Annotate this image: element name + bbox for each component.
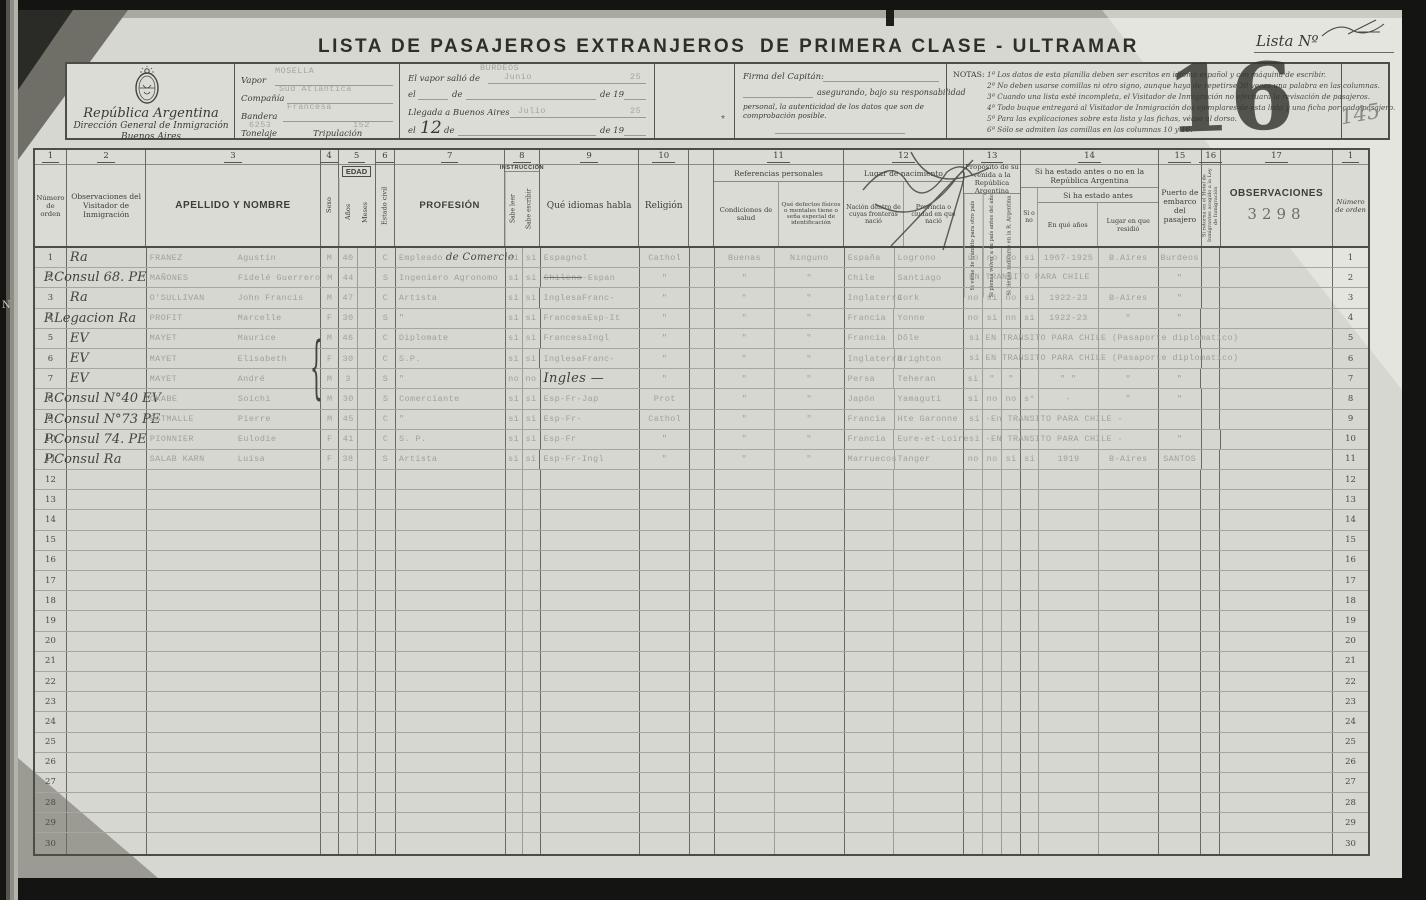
- cell-nacion: [845, 632, 895, 651]
- cell-anos: 30: [339, 309, 358, 328]
- cell-puerto: [1159, 833, 1202, 853]
- cell-anos: 44: [339, 268, 358, 287]
- cell-nacion: [845, 551, 895, 570]
- cell-religion: ": [640, 349, 690, 368]
- captain-oath-line2: asegurando, bajo su responsabilidad: [817, 88, 966, 97]
- cell-idiomas: Esp-Fr: [541, 430, 641, 449]
- cell-name: [147, 833, 321, 853]
- cell-name: [147, 591, 321, 610]
- cell-sexo: M: [321, 389, 339, 408]
- cell-religion: Cathol: [640, 248, 690, 267]
- cell-religion: [640, 753, 690, 772]
- cell-sp: [690, 632, 715, 651]
- cell-estado: [376, 733, 396, 752]
- el-label: el: [408, 90, 416, 100]
- cell-obs: [67, 773, 147, 792]
- cell-idiomas: [541, 813, 641, 832]
- cell-obs17: [1220, 490, 1333, 509]
- scanned-photo: N LISTA DE PASAJEROS EXTRANJEROS DE PRIM…: [0, 0, 1426, 900]
- cell-leer: [506, 591, 523, 610]
- cell-p1: [964, 793, 983, 812]
- cell-sino: [1021, 652, 1039, 671]
- cell-sp: [690, 430, 715, 449]
- cell-sp: [690, 753, 715, 772]
- cell-anos: [339, 773, 358, 792]
- cell-meses: [358, 793, 376, 812]
- cell-anos: [339, 712, 358, 731]
- cell-sino: [1021, 369, 1039, 388]
- cell-n: 21: [35, 652, 67, 671]
- subcol-si-o-no: Si o no: [1021, 188, 1038, 246]
- cell-prof: [396, 793, 506, 812]
- cell-sexo: F: [321, 349, 339, 368]
- cell-sino: [1021, 531, 1039, 550]
- cell-c16: [1201, 753, 1220, 772]
- cell-c16: [1201, 672, 1220, 691]
- cell-c16: [1201, 309, 1220, 328]
- cell-salud: [715, 813, 775, 832]
- cell-religion: ": [640, 450, 690, 469]
- cell-religion: [640, 531, 690, 550]
- cell-anos: [339, 571, 358, 590]
- cell-enanos: [1039, 490, 1099, 509]
- col-spacer: [689, 150, 714, 246]
- cell-n: 18: [35, 591, 67, 610]
- cell-estado: [376, 551, 396, 570]
- cell-provincia: [894, 571, 964, 590]
- cell-anos: [339, 733, 358, 752]
- subcol-defectos: Qué defectos físicos o mentales tiene o …: [779, 182, 843, 246]
- cell-name: [147, 510, 321, 529]
- cell-n2: 28: [1333, 793, 1368, 812]
- cell-estado: [376, 652, 396, 671]
- cell-name: [147, 490, 321, 509]
- cell-sp: [690, 813, 715, 832]
- cell-religion: [640, 490, 690, 509]
- cell-defectos: [775, 571, 845, 590]
- cell-sino: si: [1021, 248, 1039, 267]
- cell-salud: ": [715, 288, 775, 307]
- cell-n2: 21: [1333, 652, 1368, 671]
- cell-estado: [376, 692, 396, 711]
- cell-sexo: [321, 611, 339, 630]
- transit-note: EN TRANSITO PARA CHILE: [969, 272, 1090, 282]
- col-observaciones-visitador: 2 Observaciones del Visitador de Inmigra…: [67, 150, 147, 246]
- cell-leer: [506, 793, 523, 812]
- cell-p3: [1002, 753, 1021, 772]
- cell-leer: si: [506, 329, 523, 348]
- cell-sino: [1021, 793, 1039, 812]
- cell-sp: [690, 652, 715, 671]
- cell-p2: [983, 470, 1002, 489]
- cell-lugar: [1099, 611, 1159, 630]
- cell-obs: P.Consul 74. PE: [67, 430, 147, 449]
- cell-n: 3: [35, 288, 67, 307]
- cell-salud: [715, 611, 775, 630]
- cell-prof: S. P.: [396, 430, 506, 449]
- cell-estado: C: [376, 329, 396, 348]
- cell-provincia: [894, 672, 964, 691]
- ship-company-value: Sud Atlantica: [279, 84, 352, 94]
- cell-meses: [358, 712, 376, 731]
- cell-puerto: ": [1159, 369, 1202, 388]
- cell-defectos: ": [775, 369, 845, 388]
- cell-sp: [690, 329, 715, 348]
- cell-defectos: [775, 531, 845, 550]
- cell-enanos: [1039, 611, 1099, 630]
- cell-enanos: [1039, 813, 1099, 832]
- cell-leer: si: [506, 450, 523, 469]
- cell-prof: Artista: [396, 450, 506, 469]
- cell-prof: [396, 490, 506, 509]
- cell-c16: [1201, 490, 1220, 509]
- cell-n: 15: [35, 531, 67, 550]
- cell-puerto: [1159, 510, 1202, 529]
- cell-c16: [1202, 389, 1221, 408]
- table-row: 2424: [35, 712, 1368, 732]
- cell-obs: P.Consul N°40 EV: [67, 389, 147, 408]
- col-numero: 1 Número de orden: [35, 150, 67, 246]
- cell-meses: [358, 288, 376, 307]
- cell-leer: no: [506, 369, 523, 388]
- cell-obs: [67, 510, 147, 529]
- cell-sp: [690, 531, 715, 550]
- cell-prof: [396, 652, 506, 671]
- blank-box: *: [655, 64, 735, 138]
- cell-obs: [67, 833, 147, 853]
- arrival-day-hand: 12: [420, 118, 442, 138]
- cell-p1: si: [964, 369, 983, 388]
- cell-religion: ": [640, 369, 690, 388]
- table-row: 2727: [35, 773, 1368, 793]
- cell-puerto: Burdeos: [1159, 248, 1202, 267]
- cell-meses: [358, 309, 376, 328]
- cell-escribir: [523, 531, 541, 550]
- cell-escribir: no: [523, 369, 541, 388]
- cell-escribir: [523, 793, 541, 812]
- cell-idiomas: [541, 531, 641, 550]
- cell-provincia: [894, 773, 964, 792]
- cell-p3: [1002, 652, 1021, 671]
- ship-box: MOSELLA Vapor Sud Atlantica Compañía Fra…: [235, 64, 400, 138]
- cell-p2: no: [983, 389, 1002, 408]
- cell-p2: si: [983, 309, 1002, 328]
- cell-sino: [1021, 692, 1039, 711]
- cell-c16: [1201, 510, 1220, 529]
- cell-c16: [1201, 712, 1220, 731]
- document-page: LISTA DE PASAJEROS EXTRANJEROS DE PRIMER…: [18, 10, 1402, 878]
- cell-name: MAYETElisabeth: [147, 349, 321, 368]
- cell-leer: [506, 531, 523, 550]
- cell-n: 19: [35, 611, 67, 630]
- col-puerto-embarco: 15 Puerto de embarco del pasajero: [1159, 150, 1202, 246]
- cell-p2: [983, 733, 1002, 752]
- cell-puerto: ": [1159, 309, 1202, 328]
- cell-leer: [506, 833, 523, 853]
- cell-lugar: [1099, 712, 1159, 731]
- cell-provincia: [894, 531, 964, 550]
- cell-escribir: [523, 611, 541, 630]
- cell-enanos: 1922-23: [1039, 309, 1099, 328]
- cell-puerto: ": [1159, 268, 1202, 287]
- cell-prof: Empleadode Comercio: [396, 248, 506, 267]
- cell-sino: si: [1021, 309, 1039, 328]
- cell-name: [147, 813, 321, 832]
- cell-defectos: [775, 833, 845, 853]
- cell-idiomas: FrancesaIngl: [541, 329, 641, 348]
- cell-puerto: ": [1159, 288, 1202, 307]
- cell-p2: [983, 793, 1002, 812]
- cell-estado: [376, 672, 396, 691]
- table-body: 1RaFRANEZAgustinM40CEmpleadode Comercios…: [33, 248, 1370, 856]
- cell-n2: 19: [1333, 611, 1368, 630]
- cell-idiomas: [541, 773, 641, 792]
- cell-sexo: [321, 531, 339, 550]
- cell-p2: [983, 672, 1002, 691]
- cell-p2: [983, 833, 1002, 853]
- cell-n: 7: [35, 369, 67, 388]
- cell-idiomas: [541, 753, 641, 772]
- table-row: 9P.Consul N°73 PEBATMALLEPierreM45C"sisi…: [35, 410, 1368, 430]
- table-row: 6EVMAYETElisabethF30CS.P.sisiInglesaFran…: [35, 349, 1368, 369]
- cell-n2: 9: [1333, 410, 1368, 429]
- cell-idiomas: [541, 611, 641, 630]
- cell-name: [147, 793, 321, 812]
- cell-defectos: [775, 733, 845, 752]
- cell-n2: 11: [1333, 450, 1368, 469]
- cell-p1: [964, 652, 983, 671]
- cell-sexo: F: [321, 450, 339, 469]
- cell-c16: [1201, 793, 1220, 812]
- cell-sexo: F: [321, 430, 339, 449]
- cell-religion: [640, 793, 690, 812]
- cell-obs17: [1220, 692, 1333, 711]
- cell-defectos: [775, 510, 845, 529]
- cell-leer: [506, 632, 523, 651]
- ship-company-label: Compañía: [241, 94, 284, 104]
- arrival-label: Llegada a Buenos Aires: [408, 108, 510, 118]
- cell-escribir: [523, 591, 541, 610]
- cell-sexo: M: [321, 288, 339, 307]
- table-row: 3RaO'SULLIVANJohn FrancisM47CArtistasisi…: [35, 288, 1368, 308]
- table-row: 1RaFRANEZAgustinM40CEmpleadode Comercios…: [35, 248, 1368, 268]
- cell-salud: [715, 510, 775, 529]
- cell-sexo: [321, 773, 339, 792]
- cell-name: [147, 470, 321, 489]
- cell-anos: [339, 652, 358, 671]
- cell-leer: si: [506, 309, 523, 328]
- cell-obs17: [1220, 632, 1333, 651]
- cell-name: [147, 692, 321, 711]
- cell-sino: [1021, 571, 1039, 590]
- cell-religion: [640, 652, 690, 671]
- cell-defectos: [775, 753, 845, 772]
- cell-sino: [1021, 813, 1039, 832]
- cell-n2: 7: [1333, 369, 1368, 388]
- cell-p3: no: [1002, 288, 1021, 307]
- cell-n2: 12: [1333, 470, 1368, 489]
- cell-nacion: [845, 611, 895, 630]
- cell-escribir: [523, 833, 541, 853]
- cell-c16: [1201, 833, 1220, 853]
- departure-month-typed: Junio: [504, 72, 532, 82]
- cell-religion: [640, 733, 690, 752]
- cell-obs: [67, 712, 147, 731]
- cell-n2: 14: [1333, 510, 1368, 529]
- cell-sino: [1021, 773, 1039, 792]
- cell-leer: [506, 490, 523, 509]
- cell-p2: [983, 551, 1002, 570]
- cell-c16: [1202, 410, 1221, 429]
- cell-sp: [690, 833, 715, 853]
- cell-p2: no: [983, 450, 1002, 469]
- cell-sino: [1021, 611, 1039, 630]
- ship-name-label: Vapor: [241, 76, 266, 86]
- cell-p3: [1002, 712, 1021, 731]
- cell-leer: [506, 692, 523, 711]
- cell-name: FRANEZAgustin: [147, 248, 321, 267]
- cell-anos: 38: [339, 450, 358, 469]
- cell-p3: [1002, 632, 1021, 651]
- cell-enanos: [1039, 692, 1099, 711]
- cell-sp: [690, 490, 715, 509]
- family-brace: {: [310, 326, 323, 408]
- cell-estado: [376, 773, 396, 792]
- cell-escribir: [523, 571, 541, 590]
- cell-escribir: si: [523, 329, 541, 348]
- cell-defectos: ": [775, 410, 845, 429]
- cell-obs17: [1220, 813, 1333, 832]
- cell-obs17: [1220, 268, 1333, 287]
- cell-religion: [640, 833, 690, 853]
- cell-obs17: [1220, 309, 1333, 328]
- cell-salud: Buenas: [715, 248, 775, 267]
- cell-provincia: [894, 551, 964, 570]
- cell-sexo: [321, 591, 339, 610]
- table-row: 7EVMAYETAndréM3S"nonoIngles —"""PersaTeh…: [35, 369, 1368, 389]
- cell-enanos: [1039, 551, 1099, 570]
- cell-puerto: [1159, 470, 1202, 489]
- cell-nacion: [845, 470, 895, 489]
- cell-name: [147, 712, 321, 731]
- subcol-sabe-escribir: Sabe escribir: [521, 172, 538, 246]
- cell-provincia: [894, 813, 964, 832]
- cell-p1: [964, 672, 983, 691]
- arrival-month-typed: Julio: [518, 106, 546, 116]
- cell-sp: [690, 309, 715, 328]
- cell-p2: ": [983, 369, 1002, 388]
- cell-defectos: [775, 632, 845, 651]
- cell-p3: [1002, 531, 1021, 550]
- cell-escribir: [523, 712, 541, 731]
- cell-obs17: [1220, 733, 1333, 752]
- cell-sexo: M: [321, 369, 339, 388]
- cell-obs: EV: [67, 349, 147, 368]
- cell-provincia: [894, 611, 964, 630]
- cell-meses: [358, 369, 376, 388]
- cell-prof: [396, 712, 506, 731]
- cell-defectos: ": [775, 450, 845, 469]
- cell-p1: [964, 611, 983, 630]
- cell-obs: [67, 531, 147, 550]
- cell-p1: [964, 571, 983, 590]
- cell-salud: [715, 672, 775, 691]
- subcol-meses: Meses: [357, 178, 375, 246]
- cell-sino: [1021, 833, 1039, 853]
- cell-prof: [396, 470, 506, 489]
- cell-escribir: si: [523, 410, 541, 429]
- cell-meses: [358, 652, 376, 671]
- cell-leer: [506, 510, 523, 529]
- table-row: 2323: [35, 692, 1368, 712]
- cell-provincia: [894, 632, 964, 651]
- cell-p2: [983, 652, 1002, 671]
- cell-name: O'SULLIVANJohn Francis: [147, 288, 321, 307]
- departure-label: El vapor salió de: [408, 74, 480, 84]
- cell-escribir: [523, 632, 541, 651]
- cell-n2: 18: [1333, 591, 1368, 610]
- el-label: el: [408, 126, 416, 136]
- cell-obs: P.Consul 68. PE: [67, 268, 147, 287]
- cell-religion: [640, 611, 690, 630]
- cell-idiomas: [541, 551, 641, 570]
- margin-mark: N: [2, 300, 11, 311]
- cell-puerto: [1159, 571, 1202, 590]
- cell-salud: [715, 470, 775, 489]
- col-apellido-nombre: 3 APELLIDO Y NOMBRE: [146, 150, 320, 246]
- cell-prof: ": [396, 369, 506, 388]
- cell-leer: [506, 813, 523, 832]
- table-row: 3030: [35, 833, 1368, 853]
- ship-tonnage-label: Tonelaje: [241, 129, 277, 139]
- cell-meses: [358, 470, 376, 489]
- cell-nacion: [845, 591, 895, 610]
- cell-nacion: [845, 833, 895, 853]
- table-row: 2P.Consul 68. PEMAÑONESFidelé GuerreroM4…: [35, 268, 1368, 288]
- cell-p1: [964, 773, 983, 792]
- cell-leer: [506, 733, 523, 752]
- cell-obs: [67, 571, 147, 590]
- cell-idiomas: Esp-Fr-Jap: [541, 389, 641, 408]
- cell-sp: [690, 733, 715, 752]
- cell-salud: ": [715, 309, 775, 328]
- cell-leer: si: [506, 349, 523, 368]
- cell-obs17: [1220, 450, 1333, 469]
- cell-estado: S: [376, 369, 396, 388]
- cell-puerto: [1159, 410, 1202, 429]
- cell-enanos: [1039, 733, 1099, 752]
- page-top-notch: [886, 10, 894, 26]
- cell-prof: [396, 753, 506, 772]
- cell-obs: [67, 470, 147, 489]
- cell-meses: [358, 490, 376, 509]
- cell-p3: [1002, 692, 1021, 711]
- table-row: 1919: [35, 611, 1368, 631]
- cell-obs17: [1220, 571, 1333, 590]
- cell-lugar: [1099, 632, 1159, 651]
- cell-n: 29: [35, 813, 67, 832]
- cell-leer: [506, 753, 523, 772]
- cell-sexo: [321, 833, 339, 853]
- cell-provincia: [894, 712, 964, 731]
- cell-anos: [339, 753, 358, 772]
- cell-defectos: [775, 551, 845, 570]
- cell-estado: C: [376, 410, 396, 429]
- cell-n: 5: [35, 329, 67, 348]
- cell-n2: 16: [1333, 551, 1368, 570]
- cell-meses: [358, 813, 376, 832]
- cell-obs: Ra: [67, 248, 147, 267]
